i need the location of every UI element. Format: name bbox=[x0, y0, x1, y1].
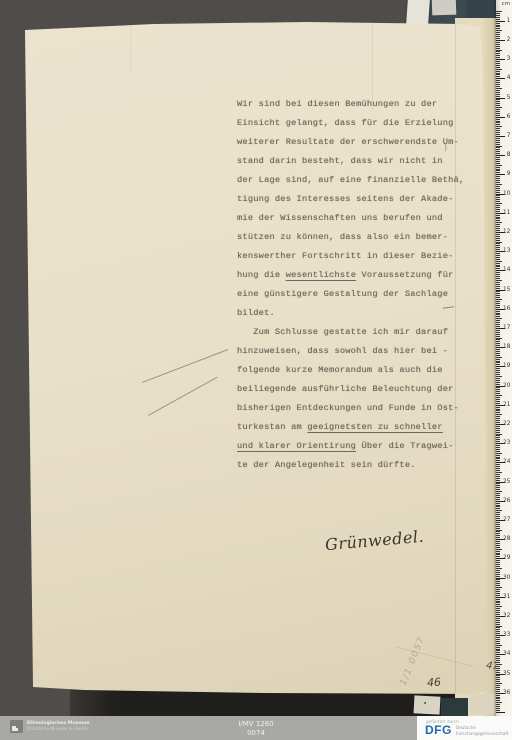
ruler-tick bbox=[496, 537, 500, 538]
typed-line: te der Angelegenheit sein dürfte. bbox=[237, 456, 472, 475]
ruler-number: 10 bbox=[503, 191, 511, 197]
ruler-tick bbox=[496, 670, 500, 671]
ruler-tick bbox=[496, 541, 500, 542]
ruler-tick bbox=[496, 562, 500, 563]
ruler-tick bbox=[496, 700, 500, 701]
ruler-tick bbox=[496, 203, 502, 204]
ruler-tick bbox=[496, 524, 500, 525]
ruler-tick bbox=[496, 626, 502, 627]
ruler-tick bbox=[496, 268, 500, 269]
ruler-tick bbox=[496, 518, 500, 519]
ruler-tick bbox=[496, 301, 500, 302]
ruler-tick bbox=[496, 416, 500, 417]
ruler-tick bbox=[496, 672, 500, 673]
ruler-tick bbox=[496, 397, 500, 398]
ruler-tick bbox=[496, 691, 500, 692]
ruler-tick bbox=[496, 389, 500, 390]
ruler-tick bbox=[496, 67, 500, 68]
ruler-tick bbox=[496, 184, 502, 185]
ruler-tick bbox=[496, 455, 500, 456]
ruler-tick bbox=[496, 641, 500, 642]
ruler-tick bbox=[496, 387, 500, 388]
ruler-tick bbox=[496, 698, 500, 699]
ruler-number: 32 bbox=[503, 613, 511, 619]
ruler-tick bbox=[496, 478, 500, 479]
ruler-number: 19 bbox=[503, 363, 511, 369]
ruler-tick bbox=[496, 90, 500, 91]
ruler-tick bbox=[496, 370, 500, 371]
ruler-tick bbox=[496, 276, 500, 277]
ruler-tick bbox=[496, 679, 500, 680]
ruler-tick bbox=[496, 105, 500, 106]
ruler-tick bbox=[496, 130, 500, 131]
ruler-tick bbox=[496, 134, 500, 135]
ruler-tick bbox=[496, 318, 502, 319]
ruler-tick bbox=[496, 180, 500, 181]
ruler-number: 15 bbox=[503, 287, 511, 293]
ruler-tick bbox=[496, 430, 500, 431]
ruler-tick bbox=[496, 668, 500, 669]
ruler-tick bbox=[496, 472, 502, 473]
ruler-tick bbox=[496, 186, 500, 187]
ruler-tick bbox=[496, 172, 500, 173]
ruler-tick bbox=[496, 101, 500, 102]
ruler-tick bbox=[496, 128, 500, 129]
typed-line: bildet. bbox=[237, 304, 472, 323]
ruler-tick bbox=[496, 188, 500, 189]
ruler-tick bbox=[496, 493, 500, 494]
ruler-tick bbox=[496, 434, 502, 435]
ruler-tick bbox=[496, 361, 500, 362]
ruler-tick bbox=[496, 240, 500, 241]
dark-scrap bbox=[441, 698, 468, 716]
ruler-tick bbox=[496, 572, 500, 573]
ruler-tick bbox=[496, 259, 500, 260]
ruler-tick bbox=[496, 618, 500, 619]
ruler-tick bbox=[496, 483, 500, 484]
ruler-tick bbox=[496, 69, 502, 70]
ruler-tick bbox=[496, 119, 500, 120]
ruler-tick bbox=[496, 614, 500, 615]
ruler-number: 25 bbox=[503, 479, 511, 485]
ruler-number: 7 bbox=[507, 133, 511, 139]
ruler-number: 23 bbox=[503, 440, 511, 446]
ruler-tick bbox=[496, 155, 505, 156]
ruler-tick bbox=[496, 136, 505, 137]
ruler-tick bbox=[496, 73, 500, 74]
ruler-tick bbox=[496, 428, 500, 429]
ruler-tick bbox=[496, 489, 500, 490]
ruler-tick bbox=[496, 109, 500, 110]
ruler-tick bbox=[496, 324, 500, 325]
ruler-tick bbox=[496, 170, 500, 171]
ruler-tick bbox=[496, 466, 500, 467]
ruler-tick bbox=[496, 63, 500, 64]
ruler-tick bbox=[496, 374, 500, 375]
ruler-tick bbox=[496, 437, 500, 438]
ruler-tick bbox=[496, 414, 502, 415]
ruler-tick bbox=[496, 263, 500, 264]
ruler-tick bbox=[496, 551, 500, 552]
ruler-tick bbox=[496, 336, 500, 337]
ruler-tick bbox=[496, 163, 500, 164]
ruler-tick bbox=[496, 320, 500, 321]
ruler-number: 13 bbox=[503, 248, 511, 254]
ruler-tick bbox=[496, 103, 500, 104]
ruler-number: 5 bbox=[507, 95, 511, 101]
paper-crease bbox=[130, 20, 131, 75]
ruler-tick bbox=[496, 528, 500, 529]
ruler-tick bbox=[496, 111, 500, 112]
typed-line: bisherigen Entdeckungen und Funde in Ost… bbox=[237, 399, 472, 418]
ruler-tick bbox=[496, 697, 500, 698]
ruler-tick bbox=[496, 61, 500, 62]
ruler-tick bbox=[496, 124, 500, 125]
ruler-tick bbox=[496, 255, 500, 256]
ruler-tick bbox=[496, 649, 500, 650]
ruler-tick bbox=[496, 556, 500, 557]
ruler-tick bbox=[496, 476, 500, 477]
typed-line: stützen zu können, dass also ein bemer- bbox=[237, 228, 472, 247]
paper-tab-small bbox=[432, 0, 457, 15]
ruler-tick bbox=[496, 652, 500, 653]
ruler-tick bbox=[496, 332, 500, 333]
ruler-tick bbox=[496, 637, 500, 638]
ruler-tick bbox=[496, 355, 500, 356]
ruler-tick bbox=[496, 560, 500, 561]
ruler-tick bbox=[496, 487, 500, 488]
ruler-tick bbox=[496, 71, 500, 72]
ruler-tick bbox=[496, 612, 500, 613]
ruler-tick bbox=[496, 226, 500, 227]
ruler-tick bbox=[496, 174, 505, 175]
ruler-tick bbox=[496, 278, 500, 279]
ruler-tick bbox=[496, 36, 500, 37]
ruler-tick bbox=[496, 622, 500, 623]
ruler-tick bbox=[496, 153, 500, 154]
ruler-tick bbox=[496, 439, 500, 440]
ruler-number: 28 bbox=[503, 536, 511, 542]
ruler-tick bbox=[496, 313, 500, 314]
ruler-tick bbox=[496, 76, 500, 77]
ruler-tick bbox=[496, 98, 505, 99]
ruler-tick bbox=[496, 464, 500, 465]
ruler-tick bbox=[496, 418, 500, 419]
dfg-logo-block: gefördert durch DFG Deutsche Forschungsg… bbox=[417, 716, 512, 740]
ruler-tick bbox=[496, 677, 500, 678]
ruler-tick bbox=[496, 526, 500, 527]
ruler-tick bbox=[496, 349, 500, 350]
ruler-number: 14 bbox=[503, 267, 511, 273]
ruler-tick bbox=[496, 303, 500, 304]
ruler-tick bbox=[496, 568, 502, 569]
typed-line: eine günstigere Gestaltung der Sachlage bbox=[237, 285, 472, 304]
ruler-tick bbox=[496, 161, 500, 162]
ruler-number: 21 bbox=[503, 402, 511, 408]
ruler-tick bbox=[496, 345, 500, 346]
ruler-tick bbox=[496, 247, 500, 248]
ruler-tick bbox=[496, 286, 500, 287]
ruler-tick bbox=[496, 378, 500, 379]
ruler-tick bbox=[496, 165, 502, 166]
ruler-tick bbox=[496, 307, 500, 308]
ruler-number: 11 bbox=[503, 210, 511, 216]
ruler-tick bbox=[496, 535, 500, 536]
ruler-tick bbox=[496, 284, 500, 285]
ruler-tick bbox=[496, 211, 500, 212]
ruler-tick bbox=[496, 645, 502, 646]
ruler-tick bbox=[496, 314, 500, 315]
ruler-tick bbox=[496, 99, 500, 100]
ruler-tick bbox=[496, 230, 500, 231]
ruler-tick bbox=[496, 138, 500, 139]
ruler-tick bbox=[496, 339, 500, 340]
typed-line: weiterer Resultate der erschwerendste Um… bbox=[237, 133, 472, 152]
ruler-tick bbox=[496, 595, 500, 596]
ruler-tick bbox=[496, 96, 500, 97]
ruler-tick bbox=[496, 25, 500, 26]
ruler-tick bbox=[496, 553, 500, 554]
ruler-tick bbox=[496, 297, 500, 298]
ruler-tick bbox=[496, 199, 500, 200]
ruler-tick bbox=[496, 357, 502, 358]
ruler-tick bbox=[496, 201, 500, 202]
ruler-number: 27 bbox=[503, 517, 511, 523]
ruler-tick bbox=[496, 681, 500, 682]
ruler-tick bbox=[496, 631, 500, 632]
ruler-tick bbox=[496, 399, 500, 400]
ruler-tick bbox=[496, 695, 500, 696]
ruler-tick bbox=[496, 94, 500, 95]
ruler-tick bbox=[496, 604, 500, 605]
ruler-tick bbox=[496, 435, 500, 436]
inventory-number: I/MV 1260 bbox=[156, 720, 356, 728]
ruler-tick bbox=[496, 265, 500, 266]
ruler-tick bbox=[496, 412, 500, 413]
footer-bar: Ethnologisches Museum Staatliche Museen … bbox=[0, 716, 512, 740]
ruler-tick bbox=[496, 322, 500, 323]
ruler-tick bbox=[496, 149, 500, 150]
ruler-tick bbox=[496, 282, 500, 283]
ruler-tick bbox=[496, 280, 502, 281]
ruler-tick bbox=[496, 53, 500, 54]
ruler-tick bbox=[496, 42, 500, 43]
ruler-tick bbox=[496, 601, 500, 602]
ruler-tick bbox=[496, 685, 500, 686]
ruler-tick bbox=[496, 407, 500, 408]
ruler-tick bbox=[496, 497, 500, 498]
ruler-tick bbox=[496, 610, 500, 611]
ruler-tick bbox=[496, 253, 500, 254]
ruler-tick bbox=[496, 82, 500, 83]
ruler-tick bbox=[496, 236, 500, 237]
ruler-tick bbox=[496, 32, 500, 33]
ruler-tick bbox=[496, 222, 502, 223]
ruler-tick bbox=[496, 458, 500, 459]
ruler-number: 22 bbox=[503, 421, 511, 427]
ruler-tick bbox=[496, 602, 500, 603]
ruler-tick bbox=[496, 491, 502, 492]
ruler-tick bbox=[496, 38, 500, 39]
ruler-tick bbox=[496, 34, 500, 35]
ruler-tick bbox=[496, 620, 500, 621]
ruler-tick bbox=[496, 169, 500, 170]
ruler-tick bbox=[496, 533, 500, 534]
ruler-tick bbox=[496, 92, 500, 93]
ruler-tick bbox=[496, 176, 500, 177]
ruler-number: 24 bbox=[503, 459, 511, 465]
ruler-number: 36 bbox=[503, 690, 511, 696]
funder-name-line1: Deutsche bbox=[456, 725, 476, 730]
ruler-tick bbox=[496, 666, 500, 667]
ruler-tick bbox=[496, 159, 500, 160]
ruler-tick bbox=[496, 209, 500, 210]
ruler-number: 9 bbox=[507, 171, 511, 177]
ruler-tick bbox=[496, 28, 500, 29]
ruler-tick bbox=[496, 74, 500, 75]
ruler-tick bbox=[496, 662, 500, 663]
ruler-number: 34 bbox=[503, 651, 511, 657]
ruler-tick bbox=[496, 334, 500, 335]
ruler-number: 35 bbox=[503, 671, 511, 677]
ruler-tick bbox=[496, 144, 500, 145]
handwritten-folio-number: 46 bbox=[427, 676, 442, 690]
ruler-tick bbox=[496, 510, 502, 511]
ruler-tick bbox=[496, 591, 500, 592]
ruler-tick bbox=[496, 48, 500, 49]
ruler-tick bbox=[496, 57, 500, 58]
museum-subtitle: Staatliche Museen zu Berlin bbox=[27, 727, 88, 732]
typed-line: turkestan am geeignetsten zu schneller bbox=[237, 418, 472, 437]
ruler-tick bbox=[496, 84, 500, 85]
typed-line: hung die wesentlichste Voraussetzung für bbox=[237, 266, 472, 285]
ruler-tick bbox=[496, 432, 500, 433]
ruler-tick bbox=[496, 78, 505, 79]
ruler-number: 20 bbox=[503, 383, 511, 389]
ruler-tick bbox=[496, 712, 505, 713]
ruler-tick bbox=[496, 132, 500, 133]
ruler-tick bbox=[496, 702, 502, 703]
ruler-tick bbox=[496, 228, 500, 229]
ruler-tick bbox=[496, 647, 500, 648]
ruler-tick bbox=[496, 480, 500, 481]
ruler-tick bbox=[496, 656, 500, 657]
ruler-tick bbox=[496, 710, 500, 711]
ruler-tick bbox=[496, 341, 500, 342]
ruler-number: 4 bbox=[507, 75, 511, 81]
ruler-tick bbox=[496, 689, 500, 690]
ruler-tick bbox=[496, 393, 500, 394]
ruler-tick bbox=[496, 587, 502, 588]
typed-line: Zum Schlusse gestatte ich mir darauf bbox=[237, 323, 472, 342]
ruler-tick bbox=[496, 151, 500, 152]
ruler-tick bbox=[496, 55, 500, 56]
ruler-tick bbox=[496, 140, 500, 141]
ruler-tick bbox=[496, 372, 500, 373]
ruler-tick bbox=[496, 549, 502, 550]
typed-line: tigung des Interesses seitens der Akade- bbox=[237, 190, 472, 209]
ruler-tick bbox=[496, 426, 500, 427]
typed-line: kenswerther Fortschritt in dieser Bezie- bbox=[237, 247, 472, 266]
ruler-tick bbox=[496, 606, 502, 607]
ruler-tick bbox=[496, 330, 500, 331]
typed-line: mie der Wissenschaften uns berufen und bbox=[237, 209, 472, 228]
ruler-number: 12 bbox=[503, 229, 511, 235]
ruler-tick bbox=[496, 311, 500, 312]
ruler-tick bbox=[496, 599, 500, 600]
ruler-tick bbox=[496, 245, 500, 246]
ruler-tick bbox=[496, 207, 500, 208]
ruler-tick bbox=[496, 11, 502, 12]
ruler-tick bbox=[496, 675, 500, 676]
ruler-number: 31 bbox=[503, 594, 511, 600]
ruler-tick bbox=[496, 178, 500, 179]
ruler-number: 17 bbox=[503, 325, 511, 331]
ruler-tick bbox=[496, 660, 500, 661]
ruler-tick bbox=[496, 362, 500, 363]
ruler-tick bbox=[496, 217, 500, 218]
ruler-tick bbox=[496, 589, 500, 590]
ruler-tick bbox=[496, 547, 500, 548]
ruler-tick bbox=[496, 395, 502, 396]
ruler-tick bbox=[496, 522, 500, 523]
ruler-tick bbox=[496, 658, 500, 659]
ruler-tick bbox=[496, 499, 500, 500]
ruler-tick bbox=[496, 382, 500, 383]
ruler-tick bbox=[496, 272, 500, 273]
ruler-tick bbox=[496, 401, 500, 402]
ruler-tick bbox=[496, 126, 502, 127]
paper-scrap bbox=[414, 695, 441, 714]
ruler-tick bbox=[496, 376, 502, 377]
ruler-tick bbox=[496, 293, 500, 294]
ruler-tick bbox=[496, 543, 500, 544]
ruler-tick bbox=[496, 368, 500, 369]
ruler-unit-label: cm bbox=[502, 1, 510, 7]
ruler-tick bbox=[496, 147, 500, 148]
ruler-tick bbox=[496, 88, 502, 89]
ruler-tick bbox=[496, 44, 500, 45]
ruler-tick bbox=[496, 46, 500, 47]
ruler-tick bbox=[496, 338, 502, 339]
ruler-tick bbox=[496, 316, 500, 317]
ruler-tick bbox=[496, 261, 502, 262]
ruler-tick bbox=[496, 585, 500, 586]
ruler-tick bbox=[496, 59, 505, 60]
ruler-tick bbox=[496, 122, 500, 123]
ruler-tick bbox=[496, 468, 500, 469]
ruler-tick bbox=[496, 531, 500, 532]
ruler-tick bbox=[496, 215, 500, 216]
ruler-tick bbox=[496, 554, 500, 555]
ruler-tick bbox=[496, 86, 500, 87]
typed-text: Wir sind bei diesen Bemühungen zu derEin… bbox=[237, 95, 472, 475]
ruler-tick bbox=[496, 627, 500, 628]
ruler-tick bbox=[496, 495, 500, 496]
scan-viewport: 47 Wir sind bei diesen Bemühungen zu der… bbox=[0, 0, 512, 740]
ruler-number: 1 bbox=[507, 18, 511, 24]
paper-scrap-dot bbox=[424, 702, 426, 704]
ruler-tick bbox=[496, 23, 500, 24]
ruler-number: 33 bbox=[503, 632, 511, 638]
ruler-tick bbox=[496, 410, 500, 411]
ruler-tick bbox=[496, 380, 500, 381]
ruler-tick bbox=[496, 650, 500, 651]
ruler-tick bbox=[496, 115, 500, 116]
ruler-tick bbox=[496, 266, 500, 267]
typed-line: stand darin besteht, dass wir nicht in bbox=[237, 152, 472, 171]
ruler-tick bbox=[496, 113, 500, 114]
